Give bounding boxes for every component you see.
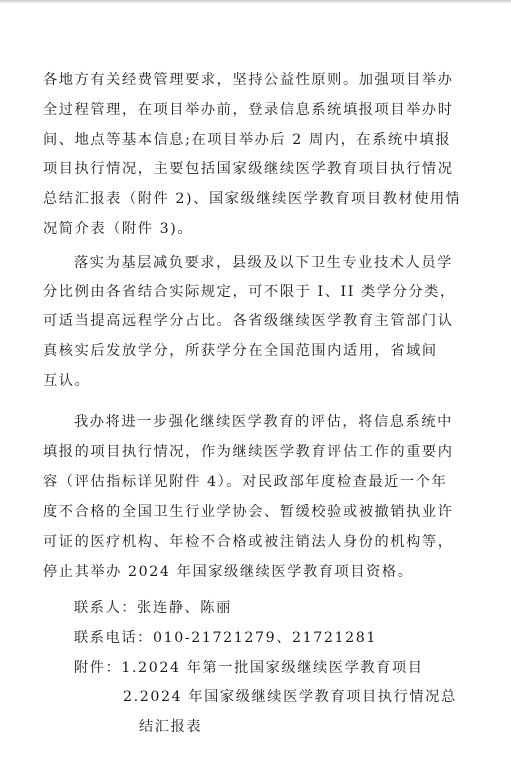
paragraph-2-line-3: 可适当提高远程学分占比。各省级继续医学教育主管部门认	[43, 310, 458, 332]
paragraph-3-line-2: 填报的项目执行情况，作为继续医学教育评估工作的重要内	[43, 441, 458, 463]
contact-person: 联系人：张连静、陈丽	[74, 597, 489, 619]
paragraph-2-line-1: 落实为基层减负要求，县级及以下卫生专业技术人员学	[74, 252, 458, 274]
paragraph-3-line-1: 我办将进一步强化继续医学教育的评估，将信息系统中	[74, 411, 458, 433]
paragraph-1-line-1: 各地方有关经费管理要求，坚持公益性原则。加强项目举办	[43, 69, 458, 91]
paragraph-1-line-4: 项目执行情况，主要包括国家级继续医学教育项目执行情况	[43, 158, 458, 180]
paragraph-3-line-3: 容（评估指标详见附件 4）。对民政部年度检查最近一个年	[43, 471, 458, 493]
paragraph-1-line-6: 况简介表（附件 3)。	[43, 218, 458, 240]
paragraph-1-line-5: 总结汇报表（附件 2)、国家级继续医学教育项目教材使用情	[43, 188, 458, 210]
paragraph-2-line-2: 分比例由各省结合实际规定，可不限于 I、II 类学分分类，	[43, 281, 458, 303]
paragraph-2-line-5: 互认。	[43, 370, 458, 392]
attachment-item-1: 附件：1.2024 年第一批国家级继续医学教育项目	[74, 657, 489, 679]
attachment-item-2: 2.2024 年国家级继续医学教育项目执行情况总	[123, 686, 511, 708]
attachment-item-2-continued: 结汇报表	[139, 716, 511, 738]
paragraph-1-line-3: 间、地点等基本信息;在项目举办后 2 周内，在系统中填报	[43, 129, 458, 151]
paragraph-3-line-4: 度不合格的全国卫生行业学协会、暂缓校验或被撤销执业许	[43, 501, 458, 523]
paragraph-3-line-5: 可证的医疗机构、年检不合格或被注销法人身份的机构等，	[43, 531, 458, 553]
paragraph-1-line-2: 全过程管理，在项目举办前，登录信息系统填报项目举办时	[43, 99, 458, 121]
paragraph-2-line-4: 真核实后发放学分，所获学分在全国范围内适用，省域间	[43, 340, 458, 362]
document-page: 各地方有关经费管理要求，坚持公益性原则。加强项目举办 全过程管理，在项目举办前，…	[0, 0, 511, 763]
contact-phone: 联系电话：010-21721279、21721281	[74, 627, 489, 649]
paragraph-3-line-6: 停止其举办 2024 年国家级继续医学教育项目资格。	[43, 561, 458, 583]
